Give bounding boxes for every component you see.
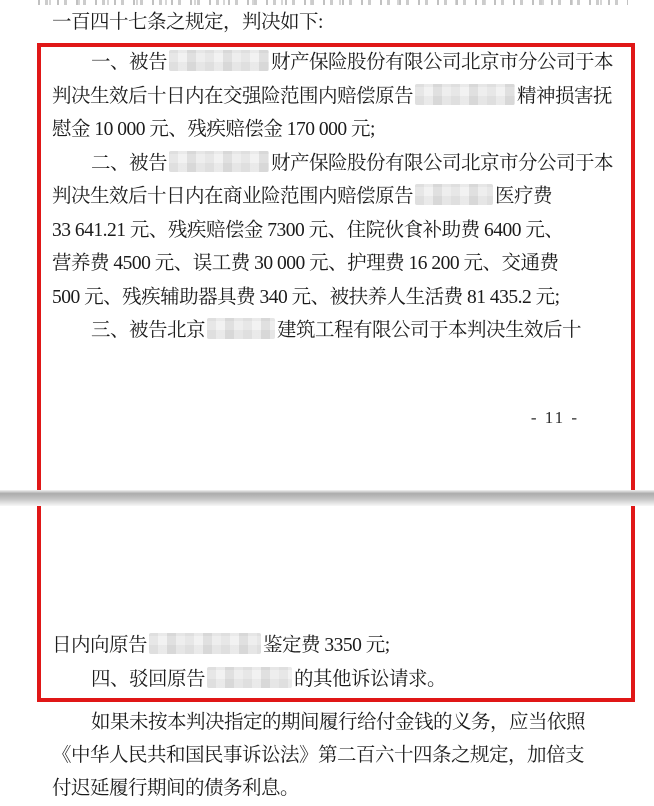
text-run: 营养费 4500 元、误工费 30 000 元、护理费 16 200 元、交通费 (52, 253, 559, 274)
intro-line: 一百四十七条之规定，判决如下: (52, 9, 323, 37)
item-2-line-3: 33 641.21 元、残疾赔偿金 7300 元、住院伙食补助费 6400 元、 (52, 217, 563, 245)
redaction-patch (415, 84, 515, 105)
text-run: 一、被告 (91, 52, 167, 73)
item-2-line-1: 二、被告财产保险股份有限公司北京市分公司于本 (52, 150, 613, 178)
redaction-patch (415, 184, 493, 205)
text-run: 慰金 10 000 元、残疾赔偿金 170 000 元; (52, 119, 375, 140)
text-run: 《中华人民共和国民事诉讼法》第二百六十四条之规定，加倍支 (52, 745, 584, 766)
item-1-line-1: 一、被告财产保险股份有限公司北京市分公司于本 (52, 49, 613, 77)
text-run: 判决生效后十日内在交强险范围内赔偿原告 (52, 86, 413, 107)
item-2-line-5: 500 元、残疾辅助器具费 340 元、被扶养人生活费 81 435.2 元; (52, 284, 560, 312)
text-run: 如果未按本判决指定的期间履行给付金钱的义务，应当依照 (91, 712, 585, 733)
redaction-patch (169, 151, 269, 172)
document-page: 一百四十七条之规定，判决如下:一、被告财产保险股份有限公司北京市分公司于本判决生… (0, 0, 654, 806)
top-edge-text-fragments (38, 0, 628, 5)
item-2-line-4: 营养费 4500 元、误工费 30 000 元、护理费 16 200 元、交通费 (52, 250, 559, 278)
text-run: 医疗费 (495, 186, 552, 207)
item-2-line-2: 判决生效后十日内在商业险范围内赔偿原告医疗费 (52, 183, 552, 211)
footer-line-3: 付迟延履行期间的债务利息。 (52, 775, 299, 803)
text-run: 二、被告 (91, 153, 167, 174)
text-run: 日内向原告 (52, 635, 147, 656)
text-run: 财产保险股份有限公司北京市分公司于本 (271, 52, 613, 73)
item-4-line-1: 四、驳回原告的其他诉讼请求。 (52, 666, 446, 694)
redaction-patch (207, 318, 275, 339)
page-break-shadow (0, 490, 654, 506)
item-1-line-2: 判决生效后十日内在交强险范围内赔偿原告精神损害抚 (52, 83, 612, 111)
text-run: 建筑工程有限公司于本判决生效后十 (277, 320, 581, 341)
footer-line-1: 如果未按本判决指定的期间履行给付金钱的义务，应当依照 (52, 709, 585, 737)
text-run: 判决生效后十日内在商业险范围内赔偿原告 (52, 186, 413, 207)
item-3-line-1: 三、被告北京建筑工程有限公司于本判决生效后十 (52, 317, 581, 345)
item-1-line-3: 慰金 10 000 元、残疾赔偿金 170 000 元; (52, 116, 375, 144)
text-run: 一百四十七条之规定，判决如下: (52, 12, 323, 33)
text-run: 财产保险股份有限公司北京市分公司于本 (271, 153, 613, 174)
footer-line-2: 《中华人民共和国民事诉讼法》第二百六十四条之规定，加倍支 (52, 742, 584, 770)
text-run: 精神损害抚 (517, 86, 612, 107)
text-run: 的其他诉讼请求。 (294, 669, 446, 690)
redaction-patch (149, 633, 261, 654)
text-run: 鉴定费 3350 元; (263, 635, 390, 656)
text-run: 33 641.21 元、残疾赔偿金 7300 元、住院伙食补助费 6400 元、 (52, 220, 563, 241)
redaction-patch (207, 667, 292, 688)
text-run: 付迟延履行期间的债务利息。 (52, 778, 299, 799)
text-run: 三、被告北京 (91, 320, 205, 341)
text-run: 四、驳回原告 (91, 669, 205, 690)
redaction-patch (169, 50, 269, 71)
text-run: 500 元、残疾辅助器具费 340 元、被扶养人生活费 81 435.2 元; (52, 287, 560, 308)
item-3-line-2: 日内向原告鉴定费 3350 元; (52, 632, 390, 660)
page-number: - 11 - (516, 408, 594, 428)
